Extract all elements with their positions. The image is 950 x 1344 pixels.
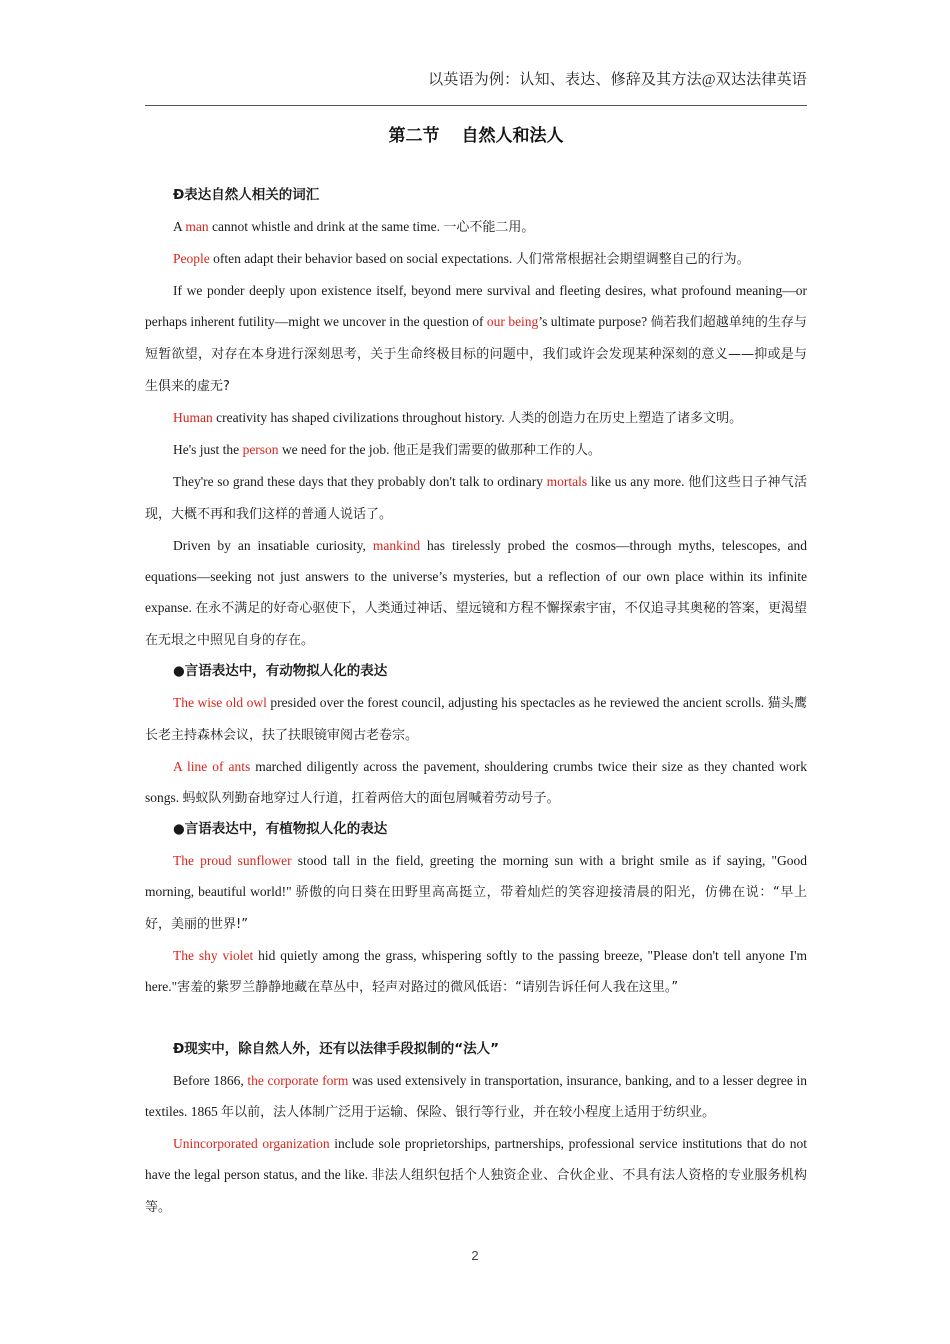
heading-plant-personification: ●言语表达中，有植物拟人化的表达: [145, 814, 807, 845]
highlight-term: our being: [487, 314, 538, 329]
text: we need for the job.: [279, 442, 393, 457]
example-paragraph: If we ponder deeply upon existence itsel…: [145, 275, 807, 402]
page-number: 2: [0, 1248, 950, 1263]
example-paragraph: The proud sunflower stood tall in the fi…: [145, 845, 807, 940]
highlight-term: The proud sunflower: [173, 853, 292, 868]
highlight-term: Human: [173, 410, 213, 425]
highlight-term: mortals: [547, 474, 588, 489]
text: Before 1866,: [173, 1073, 247, 1088]
example-paragraph: The shy violet hid quietly among the gra…: [145, 940, 807, 1003]
text: He's just the: [173, 442, 243, 457]
chinese-translation: 一心不能二用。: [443, 220, 534, 235]
text: A: [173, 219, 185, 234]
text: They're so grand these days that they pr…: [173, 474, 547, 489]
example-paragraph: The wise old owl presided over the fores…: [145, 687, 807, 751]
chinese-translation: 蚂蚁队列勤奋地穿过人行道，扛着两倍大的面包屑喊着劳动号子。: [183, 791, 560, 806]
highlight-term: person: [243, 442, 279, 457]
heading-legal-person: Ð现实中，除自然人外，还有以法律手段拟制的“法人”: [145, 1034, 807, 1065]
text: often adapt their behavior based on soci…: [210, 251, 516, 266]
text: like us any more.: [587, 474, 688, 489]
example-paragraph: Driven by an insatiable curiosity, manki…: [145, 530, 807, 656]
chinese-translation: 在永不满足的好奇心驱使下，人类通过神话、望远镜和方程不懈探索宇宙，不仅追寻其奥秘…: [145, 601, 807, 648]
example-paragraph: Human creativity has shaped civilization…: [145, 402, 807, 434]
highlight-term: the corporate form: [247, 1073, 348, 1088]
header-rule: [145, 105, 807, 106]
example-paragraph: Unincorporated organization include sole…: [145, 1128, 807, 1223]
running-header: 以英语为例：认知、表达、修辞及其方法@双达法律英语: [428, 68, 807, 89]
text: Driven by an insatiable curiosity,: [173, 538, 373, 553]
heading-animal-personification: ●言语表达中，有动物拟人化的表达: [145, 656, 807, 687]
chinese-translation: 年以前，法人体制广泛用于运输、保险、银行等行业，并在较小程度上适用于纺织业。: [221, 1105, 715, 1120]
text: presided over the forest council, adjust…: [267, 695, 768, 710]
spacer: [145, 1003, 807, 1034]
text: ’s ultimate purpose?: [538, 314, 650, 329]
example-paragraph: He's just the person we need for the job…: [145, 434, 807, 466]
text: cannot whistle and drink at the same tim…: [209, 219, 444, 234]
highlight-term: A line of ants: [173, 759, 250, 774]
highlight-term: The wise old owl: [173, 695, 267, 710]
example-paragraph: A line of ants marched diligently across…: [145, 751, 807, 814]
highlight-term: mankind: [373, 538, 420, 553]
example-paragraph: Before 1866, the corporate form was used…: [145, 1065, 807, 1128]
heading-natural-person-vocab: Ð表达自然人相关的词汇: [145, 180, 807, 211]
highlight-term: People: [173, 251, 210, 266]
example-paragraph: A man cannot whistle and drink at the sa…: [145, 211, 807, 243]
chinese-translation: 他正是我们需要的做那种工作的人。: [393, 443, 601, 458]
highlight-term: Unincorporated organization: [173, 1136, 330, 1151]
section-title: 第二节自然人和法人: [145, 121, 807, 146]
chinese-translation: 害羞的紫罗兰静静地藏在草丛中，轻声对路过的微风低语：“请别告诉任何人我在这里。”: [177, 980, 678, 995]
section-heading: 自然人和法人: [462, 126, 564, 146]
document-body: Ð表达自然人相关的词汇 A man cannot whistle and dri…: [145, 180, 807, 1223]
text: creativity has shaped civilizations thro…: [213, 410, 508, 425]
example-paragraph: They're so grand these days that they pr…: [145, 466, 807, 530]
chinese-translation: 人类的创造力在历史上塑造了诸多文明。: [508, 411, 742, 426]
chinese-translation: 人们常常根据社会期望调整自己的行为。: [516, 252, 750, 267]
highlight-term: man: [185, 219, 208, 234]
section-number: 第二节: [389, 126, 440, 146]
highlight-term: The shy violet: [173, 948, 253, 963]
example-paragraph: People often adapt their behavior based …: [145, 243, 807, 275]
